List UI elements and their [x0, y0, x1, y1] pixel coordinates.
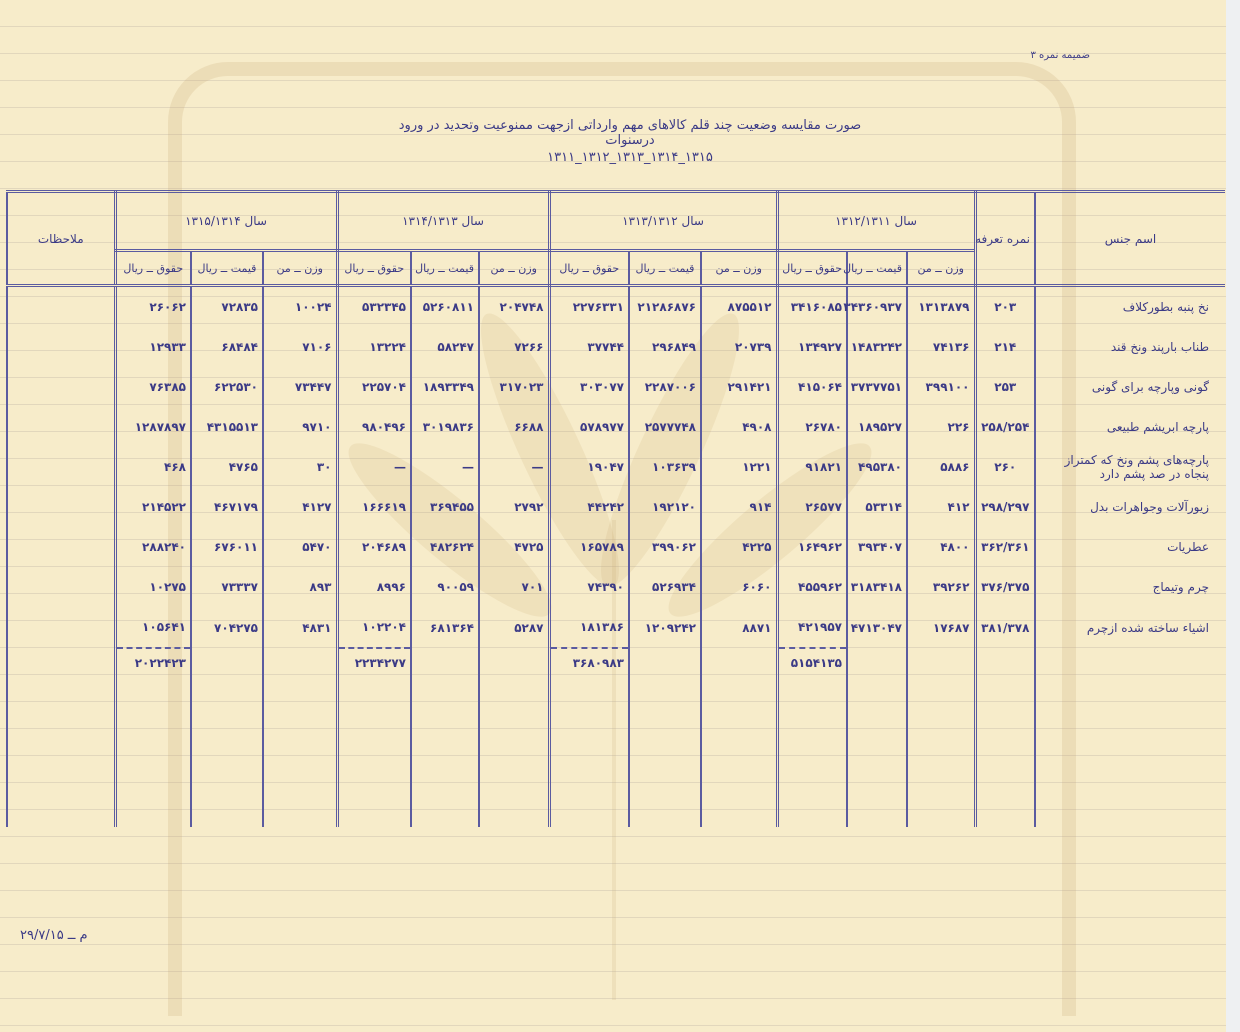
cell-p3-value: ۵۸۲۴۷: [411, 327, 479, 367]
cell-p1-value: ۳۴۳۶۰۹۳۷: [847, 286, 907, 328]
cell-p3-weight: ۳۱۷۰۲۳: [479, 367, 549, 407]
cell-notes: [7, 487, 115, 527]
cell-p4-weight: ۳۰: [263, 447, 337, 487]
table-row: عطریات۳۶۲/۳۶۱۴۸۰۰۳۹۳۴۰۷۱۶۴۹۶۲۴۲۲۵۳۹۹۰۶۲۱…: [7, 527, 1225, 567]
cell-p3-duty: ۲۲۵۷۰۴: [337, 367, 411, 407]
total-duty-p3: ۲۲۳۴۲۷۷: [337, 648, 411, 677]
cell-name: طناب بارپند ونخ قند: [1035, 327, 1225, 367]
table-row: پارچه ابریشم طبیعی۲۵۸/۲۵۴۲۲۶۱۸۹۵۲۷۲۶۷۸۰۴…: [7, 407, 1225, 447]
cell-tariff: ۲۰۳: [975, 286, 1035, 328]
cell-p3-value: ۴۸۲۶۲۴: [411, 527, 479, 567]
cell-p2-duty: ۲۲۷۶۳۳۱: [549, 286, 629, 328]
cell-p1-value: ۳۹۳۴۰۷: [847, 527, 907, 567]
cell-p1-duty: ۳۴۱۶۰۸۵: [777, 286, 847, 328]
cell-tariff: ۳۶۲/۳۶۱: [975, 527, 1035, 567]
cell-p3-weight: ۷۰۱: [479, 567, 549, 607]
cell-p1-weight: ۵۸۸۶: [907, 447, 975, 487]
cell-p3-duty: ۵۳۲۳۴۵: [337, 286, 411, 328]
cell-p2-weight: ۲۰۷۳۹: [701, 327, 777, 367]
cell-p2-value: ۱۲۰۹۲۴۲: [629, 607, 701, 648]
annex-label: ضمیمه نمره ۳: [1031, 50, 1091, 61]
cell-p1-weight: ۷۴۱۳۶: [907, 327, 975, 367]
cell-p1-weight: ۱۳۱۳۸۷۹: [907, 286, 975, 328]
cell-p3-weight: ۶۶۸۸: [479, 407, 549, 447]
table-row: اشیاء ساخته شده ازچرم۳۸۱/۳۷۸۱۷۶۸۷۴۷۱۳۰۴۷…: [7, 607, 1225, 648]
cell-p1-duty: ۲۶۵۷۷: [777, 487, 847, 527]
header-period-2: سال ۱۳۱۳/۱۳۱۲: [549, 192, 777, 251]
cell-p3-weight: —: [479, 447, 549, 487]
cell-notes: [7, 607, 115, 648]
cell-p4-duty: ۱۲۹۳۳: [115, 327, 191, 367]
cell-p4-duty: ۲۸۸۲۴۰: [115, 527, 191, 567]
cell-notes: [7, 527, 115, 567]
cell-p1-duty: ۱۳۴۹۲۷: [777, 327, 847, 367]
cell-p2-value: ۳۹۹۰۶۲: [629, 527, 701, 567]
subheader-duty: حقوق ــ ریال: [115, 251, 191, 286]
years-line: ۱۳۱۱_۱۳۱۲_۱۳۱۳_۱۳۱۴_۱۳۱۵: [380, 150, 880, 165]
cell-p3-duty: ۸۹۹۶: [337, 567, 411, 607]
cell-notes: [7, 407, 115, 447]
cell-p2-duty: ۱۶۵۷۸۹: [549, 527, 629, 567]
cell-p2-value: ۱۰۳۶۳۹: [629, 447, 701, 487]
cell-p2-value: ۲۲۸۷۰۰۶: [629, 367, 701, 407]
cell-p4-value: ۶۸۴۸۴: [191, 327, 263, 367]
cell-p1-duty: ۹۱۸۲۱: [777, 447, 847, 487]
cell-p1-value: ۱۸۹۵۲۷: [847, 407, 907, 447]
cell-p2-weight: ۴۹۰۸: [701, 407, 777, 447]
cell-p3-value: —: [411, 447, 479, 487]
cell-p1-weight: ۳۹۲۶۲: [907, 567, 975, 607]
cell-p3-weight: ۲۷۹۲: [479, 487, 549, 527]
cell-p1-weight: ۱۷۶۸۷: [907, 607, 975, 648]
cell-p4-weight: ۴۱۲۷: [263, 487, 337, 527]
cell-p4-duty: ۱۰۲۷۵: [115, 567, 191, 607]
cell-p4-value: ۴۳۱۵۵۱۳: [191, 407, 263, 447]
cell-p4-weight: ۹۷۱۰: [263, 407, 337, 447]
document-page: ضمیمه نمره ۳ صورت مقایسه وضعیت چند قلم ک…: [0, 0, 1240, 1032]
subheader-weight: وزن ــ من: [479, 251, 549, 286]
cell-p3-value: ۹۰۰۵۹: [411, 567, 479, 607]
subheader-value: قیمت ــ ریال: [191, 251, 263, 286]
cell-notes: [7, 286, 115, 328]
import-comparison-table: اسم جنس نمره تعرفه سال ۱۳۱۲/۱۳۱۱ سال ۱۳۱…: [6, 190, 1225, 827]
cell-tariff: ۳۷۶/۳۷۵: [975, 567, 1035, 607]
cell-p4-value: ۷۳۳۳۷: [191, 567, 263, 607]
subheader-value: قیمت ــ ریال: [411, 251, 479, 286]
cell-name: پارچه ابریشم طبیعی: [1035, 407, 1225, 447]
cell-p1-value: ۵۳۳۱۴: [847, 487, 907, 527]
cell-p2-duty: ۵۷۸۹۷۷: [549, 407, 629, 447]
cell-tariff: ۲۹۸/۲۹۷: [975, 487, 1035, 527]
cell-p4-weight: ۱۰۰۲۴: [263, 286, 337, 328]
cell-p4-weight: ۴۸۳۱: [263, 607, 337, 648]
cell-p2-weight: ۹۱۴: [701, 487, 777, 527]
cell-p3-duty: ۱۳۲۲۴: [337, 327, 411, 367]
table-row: زیورآلات وجواهرات بدل۲۹۸/۲۹۷۴۱۲۵۳۳۱۴۲۶۵۷…: [7, 487, 1225, 527]
cell-p4-weight: ۵۴۷۰: [263, 527, 337, 567]
cell-tariff: ۲۶۰: [975, 447, 1035, 487]
total-duty-p1: ۵۱۵۴۱۳۵: [777, 648, 847, 677]
cell-p3-weight: ۷۲۶۶: [479, 327, 549, 367]
cell-p3-value: ۳۰۱۹۸۳۶: [411, 407, 479, 447]
cell-p2-duty: ۱۹۰۴۷: [549, 447, 629, 487]
cell-name: عطریات: [1035, 527, 1225, 567]
cell-p4-duty: ۱۲۸۷۸۹۷: [115, 407, 191, 447]
header-tariff: نمره تعرفه: [975, 192, 1035, 286]
cell-p4-weight: ۷۱۰۶: [263, 327, 337, 367]
cell-p4-value: ۷۲۸۳۵: [191, 286, 263, 328]
cell-p1-duty: ۴۵۵۹۶۲: [777, 567, 847, 607]
cell-name: گونی وپارچه برای گونی: [1035, 367, 1225, 407]
table-row: گونی وپارچه برای گونی۲۵۳۳۹۹۱۰۰۳۷۳۷۷۵۱۴۱۵…: [7, 367, 1225, 407]
cell-p2-value: ۵۲۶۹۳۴: [629, 567, 701, 607]
cell-p3-value: ۶۸۱۳۶۴: [411, 607, 479, 648]
document-title: صورت مقایسه وضعیت چند قلم کالاهای مهم وا…: [380, 118, 880, 148]
header-period-4: سال ۱۳۱۵/۱۳۱۴: [115, 192, 337, 251]
cell-p4-value: ۶۷۶۰۱۱: [191, 527, 263, 567]
cell-name: اشیاء ساخته شده ازچرم: [1035, 607, 1225, 648]
cell-tariff: ۳۸۱/۳۷۸: [975, 607, 1035, 648]
cell-p1-value: ۳۱۸۳۴۱۸: [847, 567, 907, 607]
cell-p2-duty: ۴۴۲۴۲: [549, 487, 629, 527]
subheader-value: قیمت ــ ریال: [629, 251, 701, 286]
cell-p2-weight: ۱۲۲۱: [701, 447, 777, 487]
cell-p3-duty: ۱۰۲۲۰۴: [337, 607, 411, 648]
cell-p2-value: ۲۵۷۷۷۴۸: [629, 407, 701, 447]
cell-p3-duty: —: [337, 447, 411, 487]
cell-p3-value: ۱۸۹۳۳۴۹: [411, 367, 479, 407]
cell-p1-weight: ۲۲۶: [907, 407, 975, 447]
cell-p1-duty: ۴۲۱۹۵۷: [777, 607, 847, 648]
cell-p3-duty: ۹۸۰۴۹۶: [337, 407, 411, 447]
cell-p2-duty: ۷۴۳۹۰: [549, 567, 629, 607]
totals-row: ۵۱۵۴۱۳۵ ۳۶۸۰۹۸۳ ۲۲۳۴۲۷۷ ۲۰۲۲۴۲۳: [7, 648, 1225, 677]
cell-p4-weight: ۷۳۴۴۷: [263, 367, 337, 407]
cell-p3-weight: ۲۰۴۷۴۸: [479, 286, 549, 328]
cell-p4-value: ۷۰۴۲۷۵: [191, 607, 263, 648]
cell-name: زیورآلات وجواهرات بدل: [1035, 487, 1225, 527]
cell-name: پارچه‌های پشم ونخ که کمتراز پنجاه در صد …: [1035, 447, 1225, 487]
cell-p3-value: ۵۲۶۰۸۱۱: [411, 286, 479, 328]
cell-p2-weight: ۸۸۷۱: [701, 607, 777, 648]
cell-p3-duty: ۱۶۶۶۱۹: [337, 487, 411, 527]
total-duty-p2: ۳۶۸۰۹۸۳: [549, 648, 629, 677]
cell-notes: [7, 567, 115, 607]
cell-p1-value: ۳۷۳۷۷۵۱: [847, 367, 907, 407]
footer-date: م ــ ۲۹/۷/۱۵: [20, 928, 88, 943]
subheader-weight: وزن ــ من: [263, 251, 337, 286]
cell-p4-weight: ۸۹۳: [263, 567, 337, 607]
cell-p1-value: ۴۹۵۳۸۰: [847, 447, 907, 487]
subheader-duty: حقوق ــ ریال: [777, 251, 847, 286]
cell-p3-value: ۳۶۹۴۵۵: [411, 487, 479, 527]
cell-notes: [7, 447, 115, 487]
cell-p2-value: ۲۱۲۸۶۸۷۶: [629, 286, 701, 328]
cell-p2-weight: ۴۲۲۵: [701, 527, 777, 567]
cell-p1-value: ۴۷۱۳۰۴۷: [847, 607, 907, 648]
table-body: نخ پنبه بطورکلاف۲۰۳۱۳۱۳۸۷۹۳۴۳۶۰۹۳۷۳۴۱۶۰۸…: [7, 286, 1225, 649]
subheader-value: قیمت ــ ریال: [847, 251, 907, 286]
header-period-1: سال ۱۳۱۲/۱۳۱۱: [777, 192, 975, 251]
blank-rows: [7, 677, 1225, 827]
cell-tariff: ۲۵۸/۲۵۴: [975, 407, 1035, 447]
cell-notes: [7, 327, 115, 367]
cell-p2-value: ۲۹۶۸۴۹: [629, 327, 701, 367]
cell-p4-value: ۴۷۶۵: [191, 447, 263, 487]
cell-p4-value: ۴۶۷۱۷۹: [191, 487, 263, 527]
cell-p1-duty: ۲۶۷۸۰: [777, 407, 847, 447]
table-row: چرم وتیماج۳۷۶/۳۷۵۳۹۲۶۲۳۱۸۳۴۱۸۴۵۵۹۶۲۶۰۶۰۵…: [7, 567, 1225, 607]
cell-p3-duty: ۲۰۴۶۸۹: [337, 527, 411, 567]
cell-p4-duty: ۴۶۸: [115, 447, 191, 487]
header-name: اسم جنس: [1035, 192, 1225, 286]
cell-p4-duty: ۷۶۳۸۵: [115, 367, 191, 407]
cell-tariff: ۲۱۴: [975, 327, 1035, 367]
cell-p4-duty: ۲۱۴۵۲۲: [115, 487, 191, 527]
cell-name: چرم وتیماج: [1035, 567, 1225, 607]
subheader-duty: حقوق ــ ریال: [337, 251, 411, 286]
cell-p1-weight: ۴۸۰۰: [907, 527, 975, 567]
table-row: طناب بارپند ونخ قند۲۱۴۷۴۱۳۶۱۴۸۳۲۴۲۱۳۴۹۲۷…: [7, 327, 1225, 367]
cell-p2-duty: ۳۰۳۰۷۷: [549, 367, 629, 407]
cell-tariff: ۲۵۳: [975, 367, 1035, 407]
cell-p4-duty: ۲۶۰۶۲: [115, 286, 191, 328]
cell-p1-weight: ۳۹۹۱۰۰: [907, 367, 975, 407]
total-duty-p4: ۲۰۲۲۴۲۳: [115, 648, 191, 677]
cell-p1-duty: ۴۱۵۰۶۴: [777, 367, 847, 407]
subheader-duty: حقوق ــ ریال: [549, 251, 629, 286]
table-row: نخ پنبه بطورکلاف۲۰۳۱۳۱۳۸۷۹۳۴۳۶۰۹۳۷۳۴۱۶۰۸…: [7, 286, 1225, 328]
cell-p2-duty: ۳۷۷۴۴: [549, 327, 629, 367]
cell-p1-duty: ۱۶۴۹۶۲: [777, 527, 847, 567]
cell-notes: [7, 367, 115, 407]
cell-p1-weight: ۴۱۲: [907, 487, 975, 527]
cell-p3-weight: ۵۲۸۷: [479, 607, 549, 648]
cell-p2-weight: ۸۷۵۵۱۲: [701, 286, 777, 328]
cell-p3-weight: ۴۷۲۵: [479, 527, 549, 567]
subheader-weight: وزن ــ من: [701, 251, 777, 286]
cell-p1-value: ۱۴۸۳۲۴۲: [847, 327, 907, 367]
table-row: پارچه‌های پشم ونخ که کمتراز پنجاه در صد …: [7, 447, 1225, 487]
cell-p4-duty: ۱۰۵۶۴۱: [115, 607, 191, 648]
scan-edge: [1226, 0, 1240, 1032]
cell-p2-duty: ۱۸۱۳۸۶: [549, 607, 629, 648]
cell-p2-value: ۱۹۲۱۲۰: [629, 487, 701, 527]
header-notes: ملاحظات: [7, 192, 115, 286]
cell-p4-value: ۶۲۲۵۳۰: [191, 367, 263, 407]
cell-p2-weight: ۲۹۱۴۲۱: [701, 367, 777, 407]
cell-name: نخ پنبه بطورکلاف: [1035, 286, 1225, 328]
subheader-weight: وزن ــ من: [907, 251, 975, 286]
cell-p2-weight: ۶۰۶۰: [701, 567, 777, 607]
header-period-3: سال ۱۳۱۴/۱۳۱۳: [337, 192, 549, 251]
